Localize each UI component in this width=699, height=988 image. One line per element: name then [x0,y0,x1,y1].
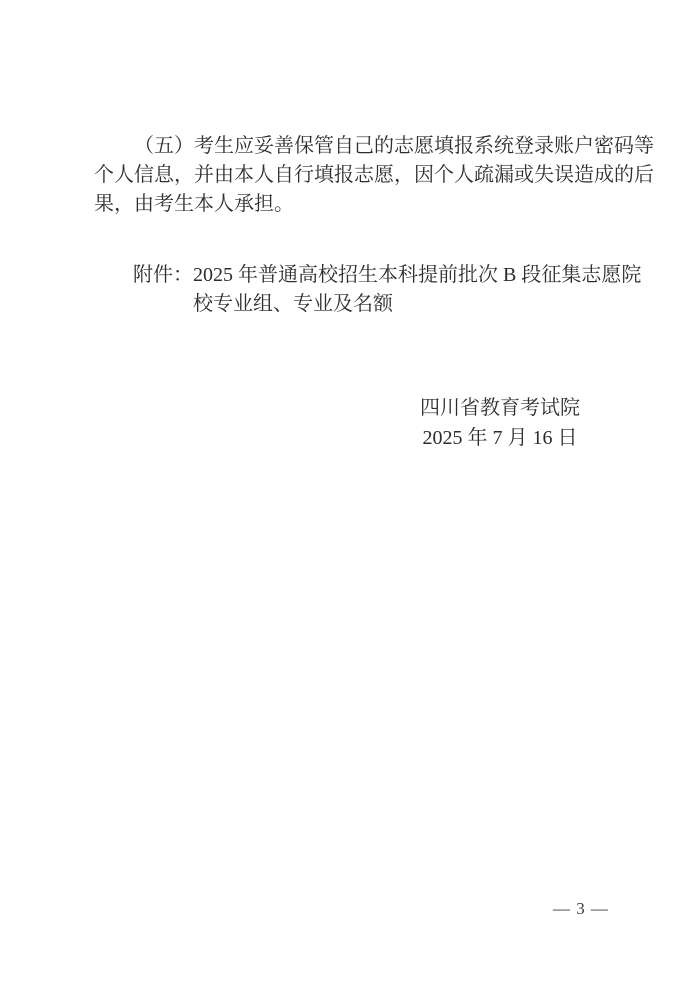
attachment-content: 2025 年普通高校招生本科提前批次 B 段征集志愿院 校专业组、专业及名额 [193,261,641,319]
signature-block: 四川省教育考试院 2025 年 7 月 16 日 [340,393,660,453]
issue-date: 2025 年 7 月 16 日 [340,423,660,453]
attachment-label: 附件： [133,261,193,290]
document-page: （五）考生应妥善保管自己的志愿填报系统登录账户密码等 个人信息，并由本人自行填报… [0,0,699,988]
page-number: — 3 — [553,899,609,919]
attachment-line-1: 2025 年普通高校招生本科提前批次 B 段征集志愿院 [193,261,641,290]
paragraph-line-1: （五）考生应妥善保管自己的志愿填报系统登录账户密码等 [94,132,628,161]
paragraph-line-2: 个人信息，并由本人自行填报志愿，因个人疏漏或失误造成的后 [94,161,628,190]
attachment-line-2: 校专业组、专业及名额 [193,290,641,319]
body-paragraph: （五）考生应妥善保管自己的志愿填报系统登录账户密码等 个人信息，并由本人自行填报… [94,132,628,219]
attachment-note: 附件： 2025 年普通高校招生本科提前批次 B 段征集志愿院 校专业组、专业及… [133,261,641,319]
paragraph-line-3: 果，由考生本人承担。 [94,190,628,219]
issuer-name: 四川省教育考试院 [340,393,660,423]
